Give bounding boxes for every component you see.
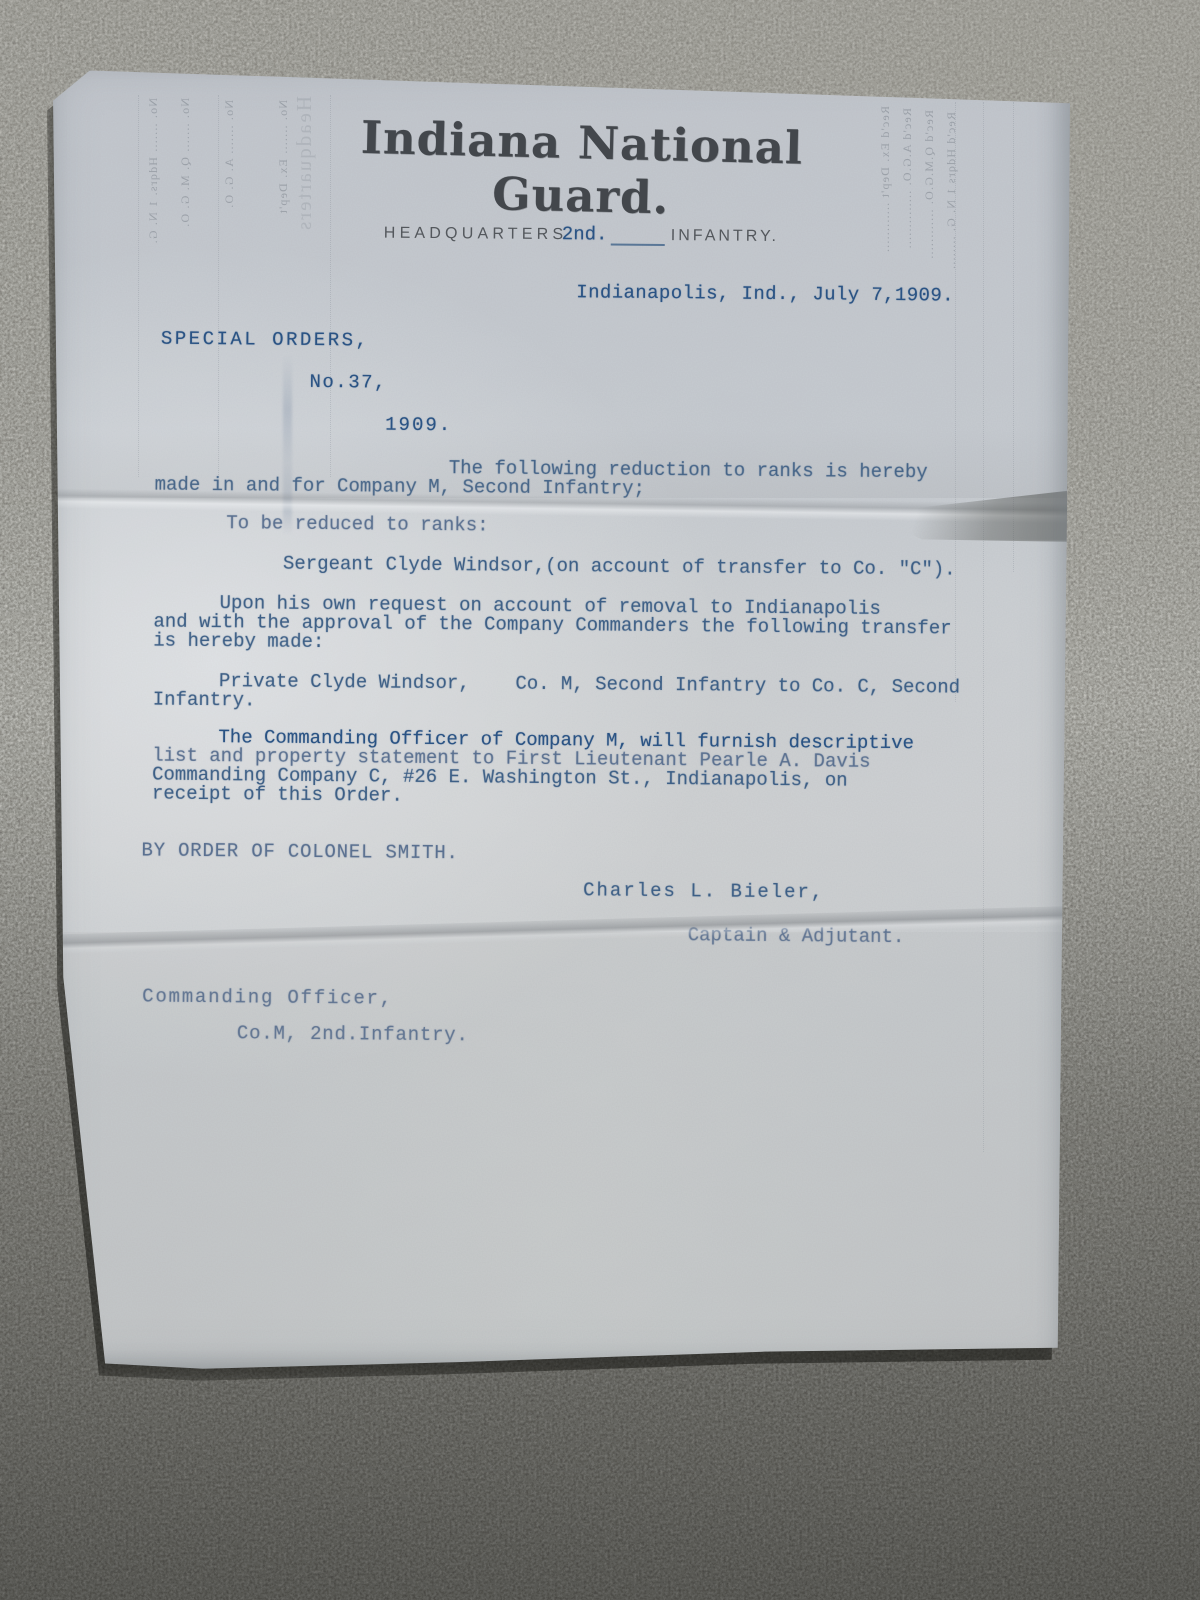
document-paper: No. ....... Hdqrs. 1 N. G. No. ....... Q…: [50, 60, 1070, 1370]
photo-scene: No. ....... Hdqrs. 1 N. G. No. ....... Q…: [0, 0, 1200, 1600]
paper-edge-vignette: [50, 60, 1070, 1370]
